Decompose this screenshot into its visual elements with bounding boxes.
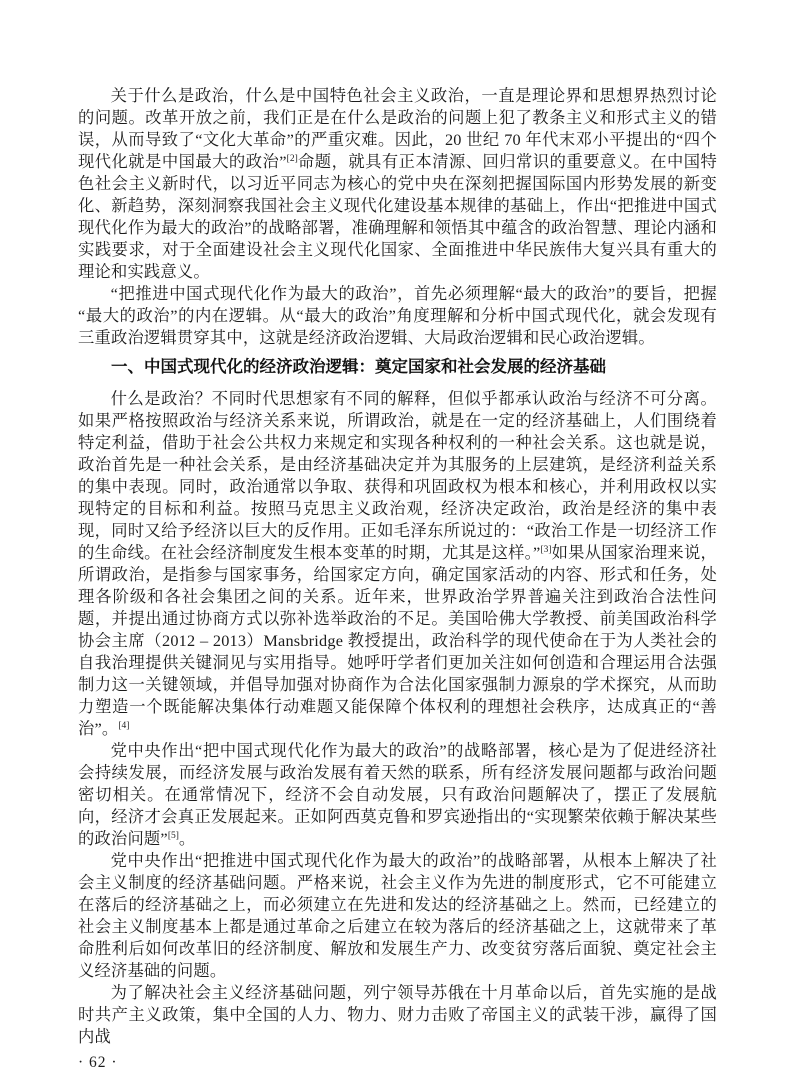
text-run: 为了解决社会主义经济基础问题，列宁领导苏俄在十月革命以后，首先实施的是战时共产主…: [78, 983, 717, 1046]
footnote-ref: [4]: [118, 721, 129, 731]
paragraph-5: 党中央作出“把推进中国式现代化作为最大的政治”的战略部署，从根本上解决了社会主义…: [78, 850, 717, 982]
paragraph-6: 为了解决社会主义经济基础问题，列宁领导苏俄在十月革命以后，首先实施的是战时共产主…: [78, 982, 717, 1048]
text-run: 一、中国式现代化的经济政治逻辑：奠定国家和社会发展的经济基础: [111, 358, 606, 376]
text-run: “把推进中国式现代化作为最大的政治”，首先必须理解“最大的政治”的要旨，把握“最…: [78, 284, 717, 347]
document-page: 关于什么是政治，什么是中国特色社会主义政治，一直是理论界和思想界热烈讨论的问题。…: [0, 0, 794, 1077]
paragraph-4: 党中央作出“把中国式现代化作为最大的政治”的战略部署，核心是为了促进经济社会持续…: [78, 740, 717, 850]
paragraph-3: 什么是政治？不同时代思想家有不同的解释，但似乎都承认政治与经济不可分离。如果严格…: [78, 388, 717, 740]
page-body: 关于什么是政治，什么是中国特色社会主义政治，一直是理论界和思想界热烈讨论的问题。…: [78, 85, 717, 1074]
footnote-ref: [3]: [540, 545, 551, 555]
page-number: · 62 ·: [78, 1052, 717, 1074]
text-run: 如果从国家治理来说，所谓政治，是指参与国家事务，给国家定方向，确定国家活动的内容…: [78, 543, 717, 738]
text-run: 什么是政治？不同时代思想家有不同的解释，但似乎都承认政治与经济不可分离。如果严格…: [78, 389, 717, 562]
section-1-heading: 一、中国式现代化的经济政治逻辑：奠定国家和社会发展的经济基础: [78, 356, 717, 378]
paragraph-1: 关于什么是政治，什么是中国特色社会主义政治，一直是理论界和思想界热烈讨论的问题。…: [78, 85, 717, 283]
footnote-ref: [5]: [168, 831, 179, 841]
text-run: 。: [179, 829, 195, 848]
text-run: 党中央作出“把推进中国式现代化作为最大的政治”的战略部署，从根本上解决了社会主义…: [78, 851, 717, 980]
paragraph-2: “把推进中国式现代化作为最大的政治”，首先必须理解“最大的政治”的要旨，把握“最…: [78, 283, 717, 349]
footnote-ref: [2]: [287, 154, 298, 164]
text-run: 命题，就具有正本清源、回归常识的重要意义。在中国特色社会主义新时代，以习近平同志…: [78, 152, 717, 281]
